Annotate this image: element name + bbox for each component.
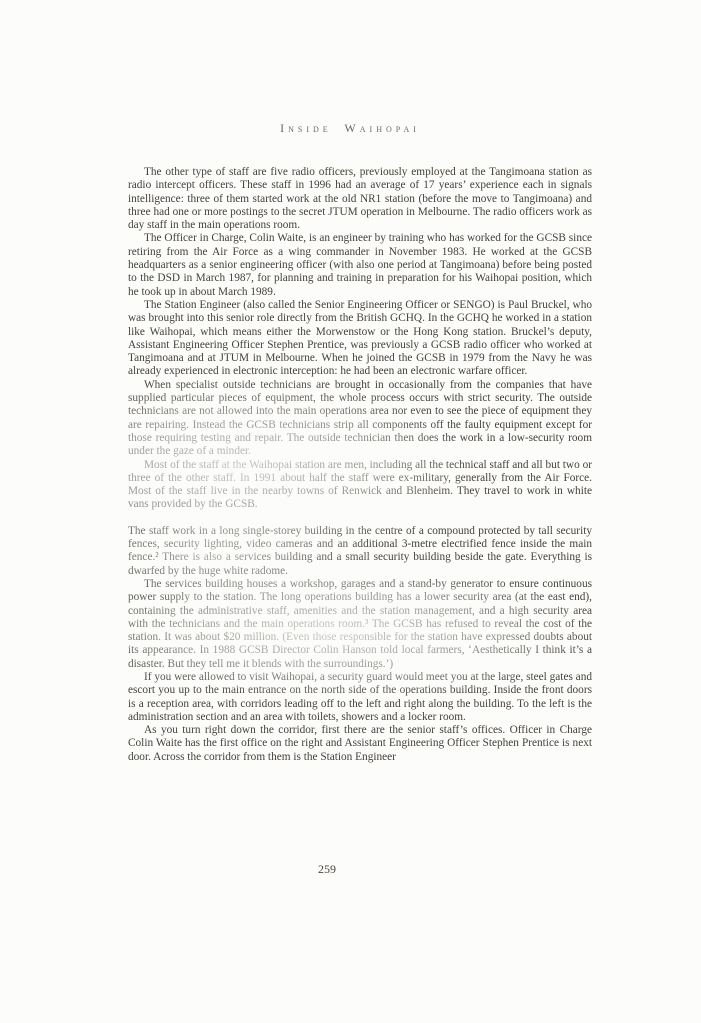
page-number: 259 [95, 862, 559, 877]
running-head: Inside Waihopai [118, 121, 582, 136]
body-paragraph: As you turn right down the corridor, fir… [128, 724, 592, 764]
body-paragraph: If you were allowed to visit Waihopai, a… [128, 671, 592, 724]
book-page: Inside Waihopai The other type of staff … [0, 0, 701, 1023]
body-paragraph: When specialist outside technicians are … [128, 379, 592, 459]
body-paragraph: The Station Engineer (also called the Se… [128, 299, 592, 379]
body-paragraph: The other type of staff are five radio o… [128, 166, 592, 232]
body-paragraph: The staff work in a long single-storey b… [128, 525, 592, 578]
body-text-column: The other type of staff are five radio o… [128, 166, 592, 764]
body-paragraph: Most of the staff at the Waihopai statio… [128, 459, 592, 512]
body-paragraph: The services building houses a workshop,… [128, 578, 592, 671]
body-paragraph: The Officer in Charge, Colin Waite, is a… [128, 232, 592, 298]
